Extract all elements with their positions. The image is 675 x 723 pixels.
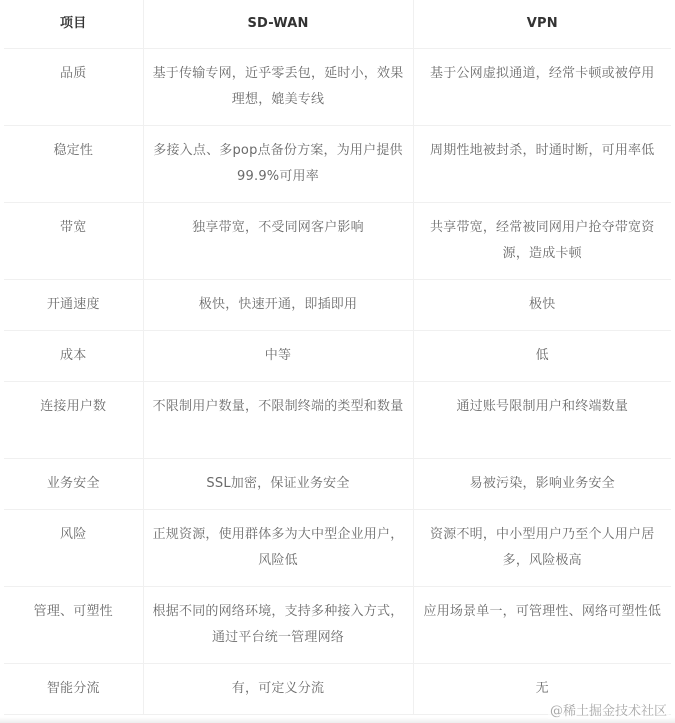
table-row-risk: 风险 正规资源，使用群体多为大中型企业用户，风险低 资源不明，中小型用户乃至个人… xyxy=(4,510,671,587)
cell-item: 连接用户数 xyxy=(4,382,143,459)
cell-item: 管理、可塑性 xyxy=(4,587,143,664)
cell-vpn: 基于公网虚拟通道，经常卡顿或被停用 xyxy=(413,49,671,126)
cell-sdwan: 中等 xyxy=(143,331,413,382)
cell-vpn: 通过账号限制用户和终端数量 xyxy=(413,382,671,459)
cell-sdwan: SSL加密，保证业务安全 xyxy=(143,459,413,510)
header-item: 项目 xyxy=(4,0,143,49)
header-sdwan: SD-WAN xyxy=(143,0,413,49)
cell-vpn: 易被污染，影响业务安全 xyxy=(413,459,671,510)
cell-item: 带宽 xyxy=(4,203,143,280)
table-row-stability: 稳定性 多接入点、多pop点备份方案，为用户提供99.9%可用率 周期性地被封杀… xyxy=(4,126,671,203)
header-vpn: VPN xyxy=(413,0,671,49)
table-row-manageability: 管理、可塑性 根据不同的网络环境，支持多种接入方式，通过平台统一管理网络 应用场… xyxy=(4,587,671,664)
table-row-connected-users: 连接用户数 不限制用户数量，不限制终端的类型和数量 通过账号限制用户和终端数量 xyxy=(4,382,671,459)
cell-sdwan: 基于传输专网，近乎零丢包，延时小，效果理想，媲美专线 xyxy=(143,49,413,126)
cell-sdwan: 根据不同的网络环境，支持多种接入方式，通过平台统一管理网络 xyxy=(143,587,413,664)
cell-item: 品质 xyxy=(4,49,143,126)
sdwan-vs-vpn-table: 项目 SD-WAN VPN 品质 基于传输专网，近乎零丢包，延时小，效果理想，媲… xyxy=(4,0,671,715)
cell-vpn: 极快 xyxy=(413,280,671,331)
watermark: @稀土掘金技术社区 xyxy=(548,700,669,719)
table-row-quality: 品质 基于传输专网，近乎零丢包，延时小，效果理想，媲美专线 基于公网虚拟通道，经… xyxy=(4,49,671,126)
cell-item: 业务安全 xyxy=(4,459,143,510)
cell-vpn: 共享带宽，经常被同网用户抢夺带宽资源，造成卡顿 xyxy=(413,203,671,280)
cell-vpn: 低 xyxy=(413,331,671,382)
cell-vpn: 应用场景单一，可管理性、网络可塑性低 xyxy=(413,587,671,664)
cell-item: 智能分流 xyxy=(4,664,143,715)
table-row-provisioning-speed: 开通速度 极快，快速开通，即插即用 极快 xyxy=(4,280,671,331)
cell-vpn: 周期性地被封杀，时通时断，可用率低 xyxy=(413,126,671,203)
table-row-business-security: 业务安全 SSL加密，保证业务安全 易被污染，影响业务安全 xyxy=(4,459,671,510)
cell-sdwan: 有，可定义分流 xyxy=(143,664,413,715)
cell-item: 成本 xyxy=(4,331,143,382)
cell-sdwan: 多接入点、多pop点备份方案，为用户提供99.9%可用率 xyxy=(143,126,413,203)
cell-item: 稳定性 xyxy=(4,126,143,203)
cell-sdwan: 极快，快速开通，即插即用 xyxy=(143,280,413,331)
cell-vpn: 资源不明，中小型用户乃至个人用户居多，风险极高 xyxy=(413,510,671,587)
table-header-row: 项目 SD-WAN VPN xyxy=(4,0,671,49)
cell-sdwan: 正规资源，使用群体多为大中型企业用户，风险低 xyxy=(143,510,413,587)
cell-sdwan: 不限制用户数量，不限制终端的类型和数量 xyxy=(143,382,413,459)
table-row-cost: 成本 中等 低 xyxy=(4,331,671,382)
cell-item: 风险 xyxy=(4,510,143,587)
comparison-table-container: 项目 SD-WAN VPN 品质 基于传输专网，近乎零丢包，延时小，效果理想，媲… xyxy=(4,0,671,715)
cell-item: 开通速度 xyxy=(4,280,143,331)
cell-sdwan: 独享带宽，不受同网客户影响 xyxy=(143,203,413,280)
table-row-bandwidth: 带宽 独享带宽，不受同网客户影响 共享带宽，经常被同网用户抢夺带宽资源，造成卡顿 xyxy=(4,203,671,280)
